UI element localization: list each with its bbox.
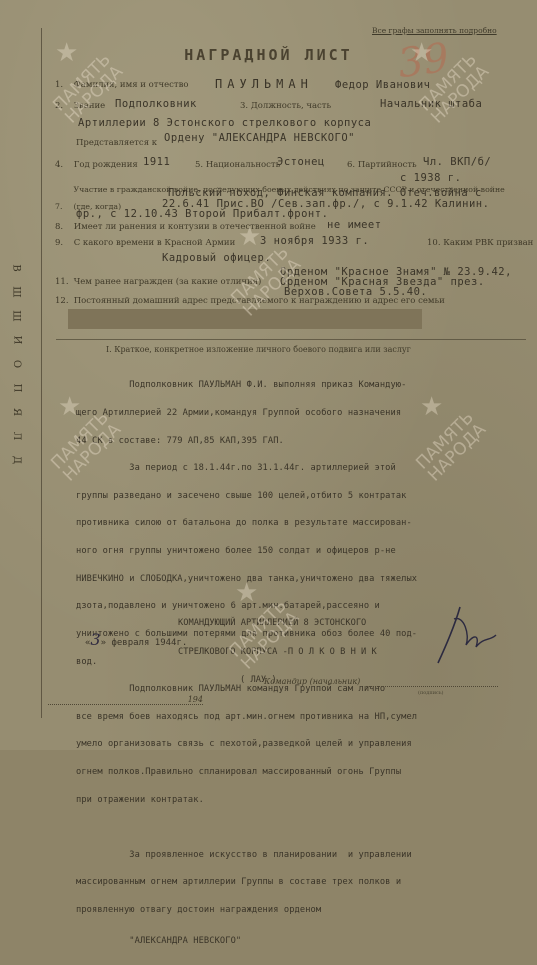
nationality-value: Эстонец [277, 156, 325, 168]
war-value: фр., с 12.10.43 Второй Прибалт.фронт. [76, 208, 328, 220]
commander-signature-line [366, 686, 498, 687]
field-label: Фамилия, имя и отчество [74, 80, 189, 90]
date-day: 3 [90, 630, 100, 649]
margin-letter: Ш [10, 286, 22, 297]
field-number: 5. [195, 160, 203, 170]
field-label: Чем ранее награжден (за какие отличия) [74, 277, 262, 287]
signature-caption: (подпись) [418, 690, 444, 696]
body-line: все время боев находясь под арт.мин.огне… [76, 713, 496, 722]
handwritten-signature [430, 605, 500, 665]
body-line: ного огня группы уничтожено более 150 со… [76, 547, 496, 556]
field-label: Год рождения [74, 160, 138, 170]
wounds-value: не имеет [327, 219, 382, 231]
award-value: Ордену "АЛЕКСАНДРА НЕВСКОГО" [164, 132, 355, 144]
margin-line [41, 28, 42, 718]
margin-letter: Л [10, 432, 22, 440]
margin-letter: О [10, 360, 22, 368]
signatory-block: КОМАНДУЮЩИЙ АРТИЛЛЕРИЕЙ 8 ЭСТОНСКОГО СТР… [178, 600, 377, 705]
field-party: 6. Партийность [347, 160, 417, 170]
field-number: 2. [55, 101, 71, 111]
field-label: Представляется к [76, 138, 157, 148]
rank-value: Подполковник [115, 98, 197, 110]
field-nationality: 5. Национальность [195, 160, 280, 170]
margin-letter: И [10, 336, 22, 345]
field-number: 6. [347, 160, 355, 170]
field-label: Имеет ли ранения и контузии в отечествен… [74, 222, 316, 232]
position-value: Начальник штаба [380, 98, 482, 110]
position-continuation: Артиллерии 8 Эстонского стрелкового корп… [78, 117, 517, 129]
section-divider [56, 339, 526, 340]
position-value-2: Артиллерии 8 Эстонского стрелкового корп… [78, 117, 371, 129]
margin-letter: Ш [10, 310, 22, 321]
margin-letter: Я [10, 408, 22, 416]
body-line: умело организовать связь с пехотой,разве… [76, 740, 496, 749]
field-number: 1. [55, 80, 71, 90]
document-date: «3» февраля 1944г. [85, 630, 187, 649]
field-wounds: 8. Имеет ли ранения и контузии в отечест… [55, 222, 517, 232]
field-rank: 2. Звание Подполковник 3. Должность, час… [55, 101, 517, 111]
section-heading: I. Краткое, конкретное изложение личного… [106, 345, 411, 354]
margin-letter: Д [10, 456, 22, 464]
field-number: 10. [427, 238, 441, 248]
fill-instruction: Все графы заполнять подробно [372, 26, 497, 35]
field-address: 12. Постоянный домашний адрес представля… [55, 296, 517, 306]
body-line: противника силою от батальона до полка в… [76, 519, 496, 528]
award-sheet: В Ш Ш И О П Я Л Д Все графы заполнять по… [0, 0, 537, 750]
field-number: 12. [55, 296, 71, 306]
field-label: Должность, часть [251, 101, 331, 111]
birth-year-value: 1911 [143, 156, 170, 168]
body-line: Подполковник ПАУЛЬМАН Ф.И. выполняя прик… [76, 381, 496, 390]
field-number: 11. [55, 277, 71, 287]
field-position: 3. Должность, часть [240, 101, 331, 111]
field-presented: Представляется к Ордену "АЛЕКСАНДРА НЕВС… [76, 138, 517, 148]
body-line: щего Артиллерией 22 Армии,командуя Групп… [76, 409, 496, 418]
field-number: 7. [55, 202, 71, 211]
field-birth-nationality-party: 4. Год рождения 1911 5. Национальность Э… [55, 160, 517, 170]
party-value: Чл. ВКП/б/ [423, 156, 491, 168]
field-number: 8. [55, 222, 71, 232]
document-title: НАГРАДНОЙ ЛИСТ [0, 46, 537, 64]
field-name: 1. Фамилия, имя и отчество ПАУЛЬМАН Федо… [55, 80, 517, 90]
field-label: Каким РВК призван [443, 238, 533, 248]
field-number: 4. [55, 160, 71, 170]
footer-year: 194 [48, 695, 203, 705]
body-line: За период с 18.1.44г.по 31.1.44г. артилл… [76, 464, 496, 473]
surname-value: ПАУЛЬМАН [215, 77, 313, 91]
body-line: 44 СК в составе: 779 АП,85 КАП,395 ГАП. [76, 437, 496, 446]
war-line-3: фр., с 12.10.43 Второй Прибалт.фронт. [76, 208, 517, 220]
field-number: 3. [240, 101, 248, 111]
army-since-value: 3 ноября 1933 г. [260, 235, 369, 247]
rvk-value: Кадровый офицер. [162, 252, 271, 264]
margin-letter: В [10, 264, 22, 271]
field-number: 9. [55, 238, 71, 248]
field-label: С какого времени в Красной Армии [74, 238, 236, 248]
rvk-value-row: Кадровый офицер. [162, 252, 517, 264]
signatory-title: КОМАНДУЮЩИЙ АРТИЛЛЕРИЕЙ 8 ЭСТОНСКОГО [178, 619, 377, 629]
margin-letter: П [10, 384, 22, 393]
signatory-rank: СТРЕЛКОВОГО КОРПУСА -П О Л К О В Н И К [178, 648, 377, 658]
given-name-value: Федор Иванович [335, 79, 431, 91]
body-line: НИВЕЧКИНО и СЛОБОДКА,уничтожено два танк… [76, 575, 496, 584]
commander-label: Командир (начальник) [264, 677, 360, 686]
redacted-address [68, 309, 422, 329]
field-label: Партийность [358, 160, 417, 170]
field-label: Национальность [206, 160, 280, 170]
field-label: Звание [74, 101, 106, 111]
field-rvk: 10. Каким РВК призван [427, 238, 533, 248]
field-label: Постоянный домашний адрес представляемог… [74, 296, 445, 306]
margin-vertical-text: В Ш Ш И О П Я Л Д [8, 262, 24, 466]
field-army-since: 9. С какого времени в Красной Армии 3 но… [55, 238, 517, 248]
date-month-year: февраля 1944г. [111, 638, 187, 648]
body-line: группы разведано и засечено свыше 100 це… [76, 492, 496, 501]
